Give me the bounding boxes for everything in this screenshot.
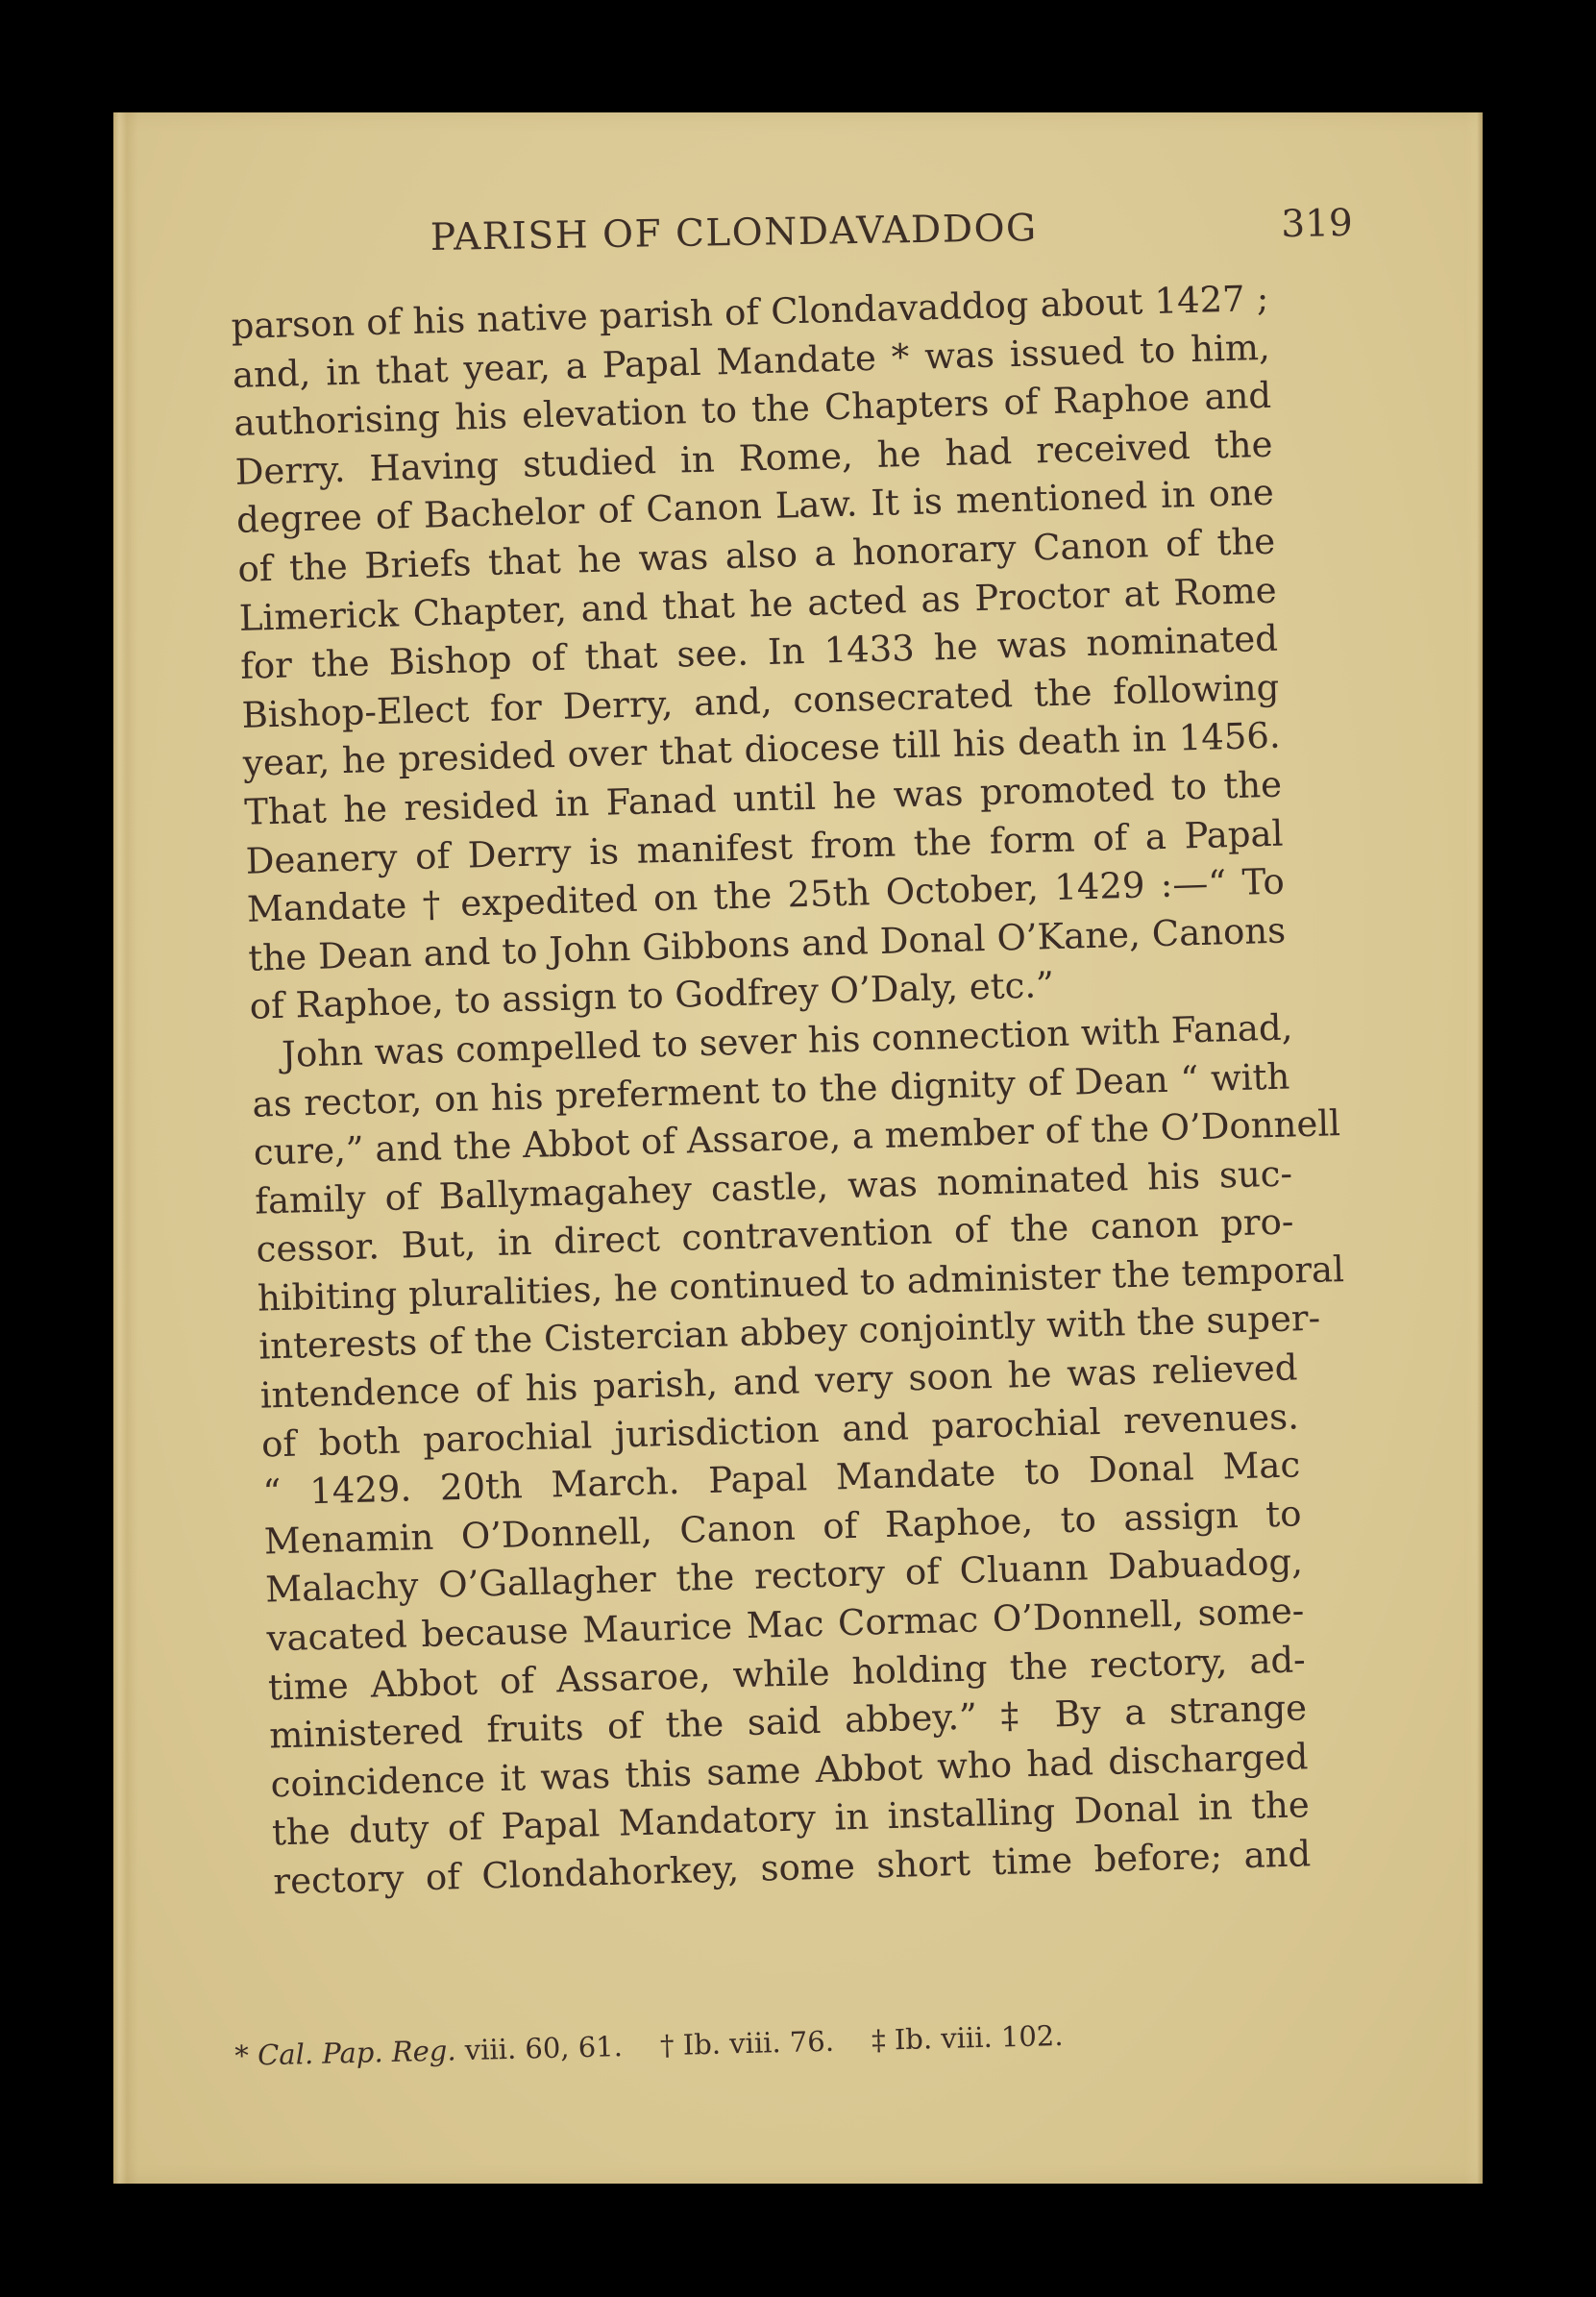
footnote-marker-asterisk: * xyxy=(234,2039,249,2072)
footnote-reference: Ib. viii. 102. xyxy=(885,2019,1064,2057)
footnote-marker-double-dagger: ‡ xyxy=(872,2023,886,2056)
footnote-2: † Ib. viii. 76. xyxy=(660,2025,835,2062)
footnote-reference: Ib. viii. 76. xyxy=(674,2025,834,2062)
footnote-reference: viii. 60, 61. xyxy=(455,2030,623,2066)
running-title: PARISH OF CLONDAVADDOG xyxy=(430,207,1038,259)
footnote-1: * Cal. Pap. Reg. viii. 60, 61. xyxy=(234,2030,623,2072)
body-text: parson of his native parish of Clondavad… xyxy=(231,275,1312,1907)
page-number: 319 xyxy=(1281,202,1353,246)
footnote-3: ‡ Ib. viii. 102. xyxy=(872,2019,1064,2057)
page-header: PARISH OF CLONDAVADDOG 319 xyxy=(430,202,1354,274)
footnotes: * Cal. Pap. Reg. viii. 60, 61. † Ib. vii… xyxy=(234,2013,1292,2072)
footnote-marker-dagger: † xyxy=(660,2029,675,2062)
book-page: PARISH OF CLONDAVADDOG 319 parson of his… xyxy=(113,112,1483,2184)
footnote-source-title: Cal. Pap. Reg. xyxy=(258,2034,456,2071)
